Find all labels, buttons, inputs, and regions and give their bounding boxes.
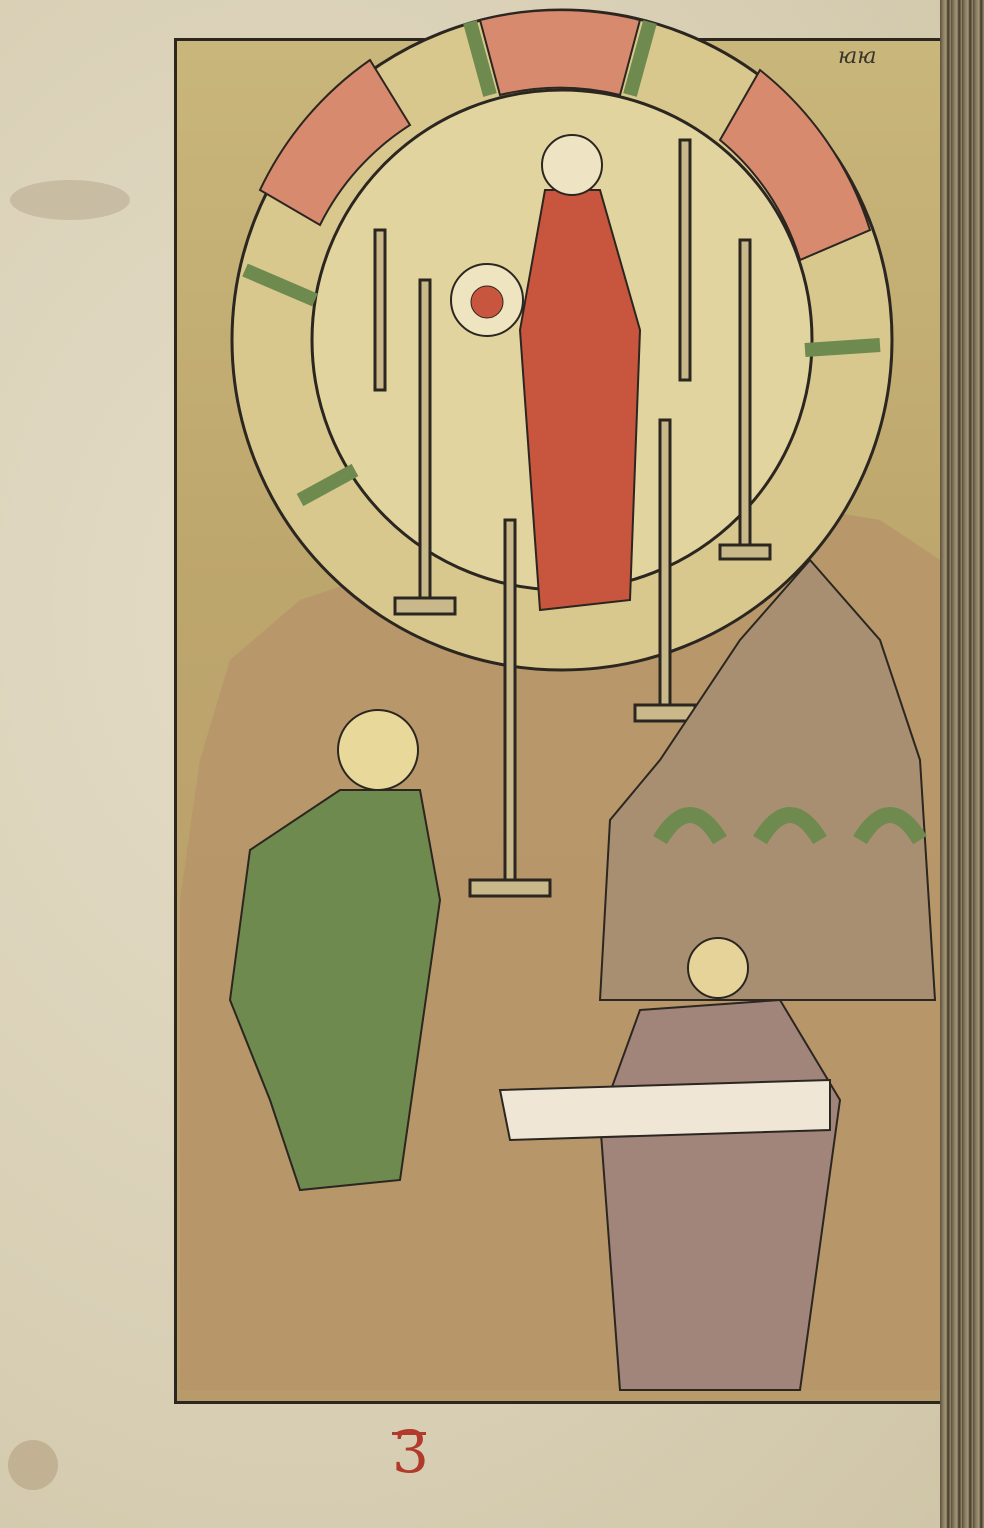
halo (542, 135, 602, 195)
angel-halo (688, 938, 748, 998)
john-halo (338, 710, 418, 790)
scroll (500, 1080, 830, 1140)
gathering-mark: 3 (392, 1418, 429, 1486)
angel-panel (480, 10, 640, 95)
manuscript-page: ꙗꙗ 3 (0, 0, 984, 1528)
angel-with-scroll (600, 1000, 840, 1390)
ring-divider (805, 345, 880, 350)
book-page-edges (940, 0, 984, 1528)
folio-number: ꙗꙗ (838, 48, 877, 66)
miniature-illustration (0, 0, 984, 1528)
